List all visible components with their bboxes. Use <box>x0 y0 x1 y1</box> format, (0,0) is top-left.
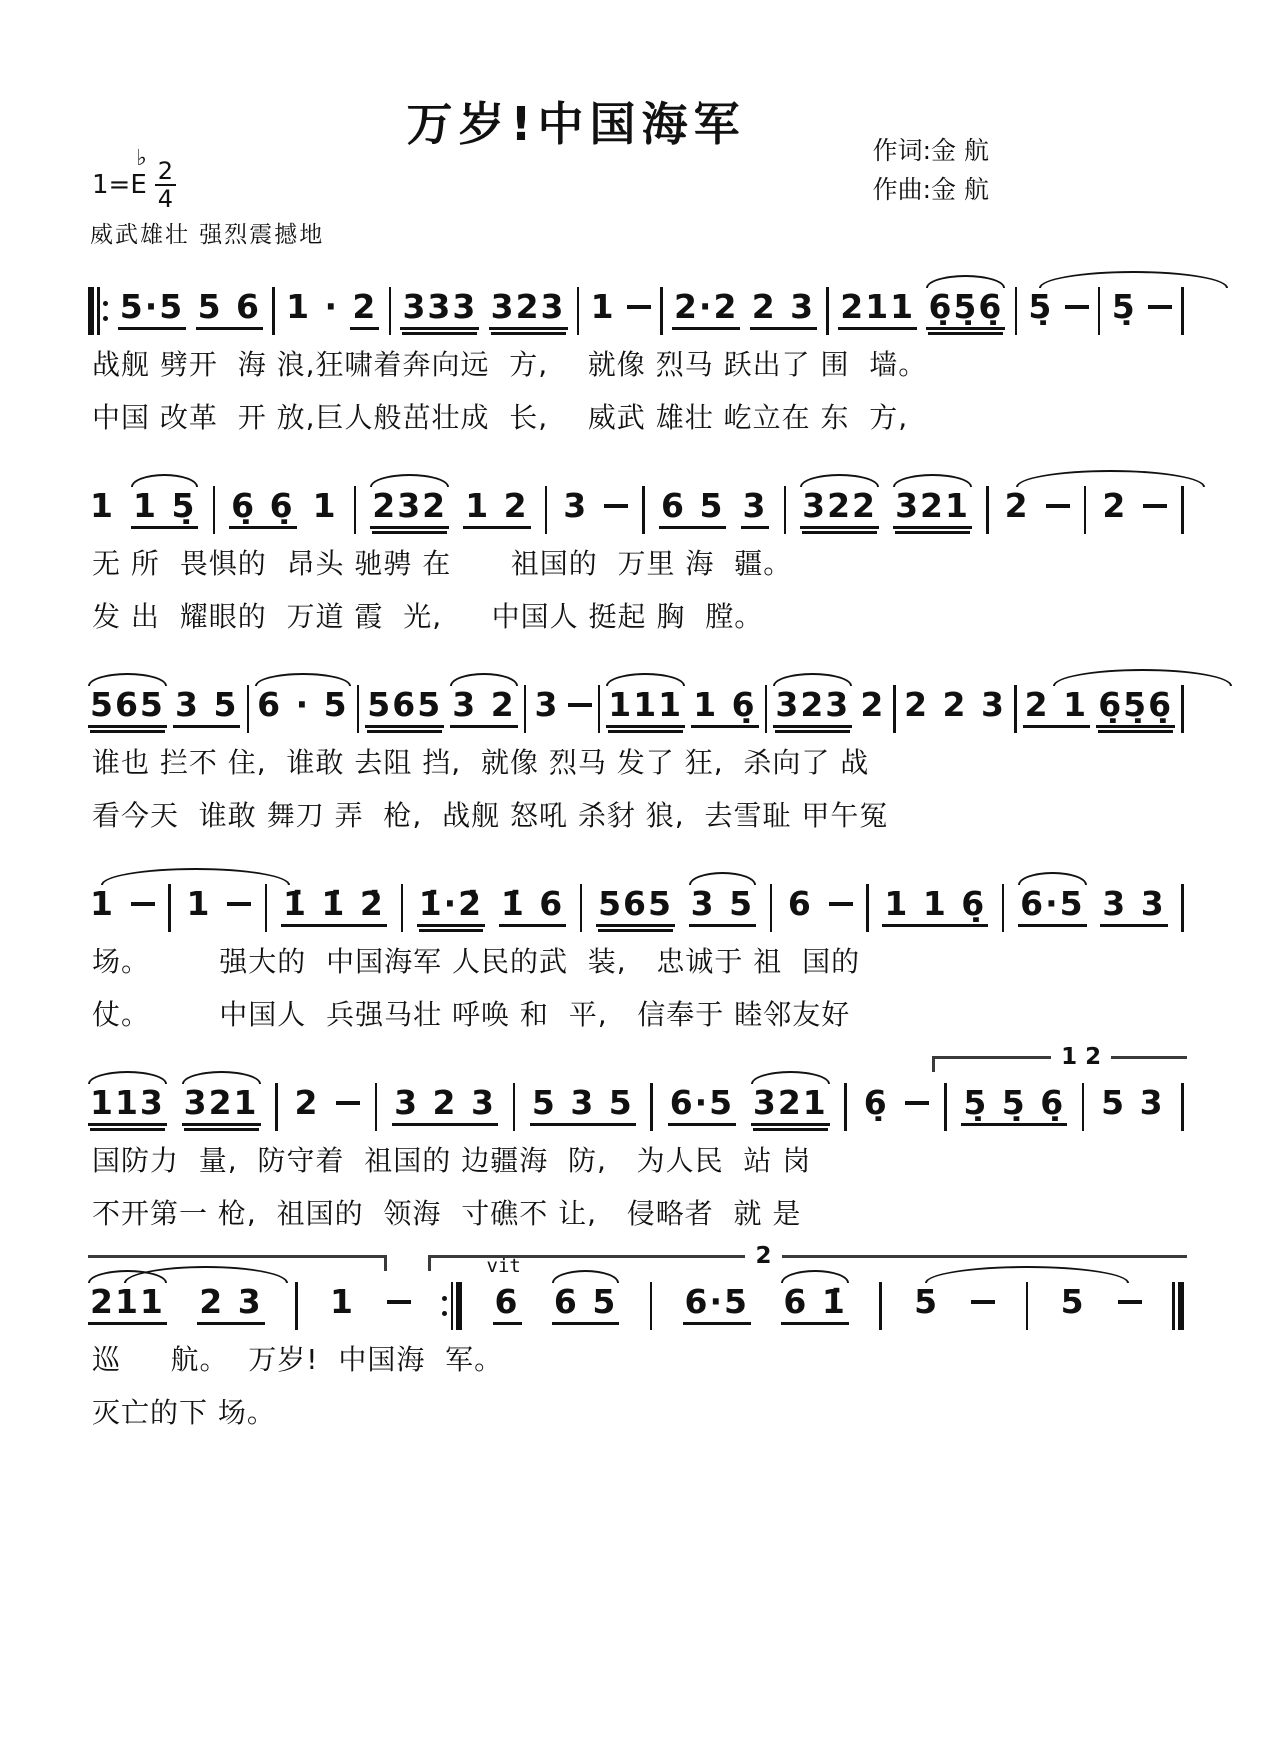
note-text: 5̣ <box>1112 287 1137 326</box>
note-text: 321 <box>895 486 970 525</box>
note-group: 323 <box>773 688 852 728</box>
note-text: 111 <box>608 685 683 724</box>
barline <box>893 685 896 733</box>
barline <box>1181 287 1184 335</box>
dash-extension <box>568 703 592 707</box>
note-text: 2 <box>294 1083 319 1122</box>
barline <box>650 1282 653 1330</box>
note-text: 6·5 <box>685 1282 749 1321</box>
barline <box>442 1282 463 1330</box>
note-group: 5 6 <box>196 290 263 330</box>
note-group: 3 <box>532 688 561 721</box>
barline <box>580 884 583 932</box>
barline <box>375 1083 378 1131</box>
note-group: 1 <box>328 1285 357 1318</box>
note-group: 3 3 <box>1100 887 1167 927</box>
note-text: 321 <box>753 1083 828 1122</box>
note-group: 3 5 <box>689 887 756 927</box>
note-text: 6̣5̣6̣ <box>928 287 1003 326</box>
lyric-line: 国防力 量, 防守着 祖国的 边疆海 防, 为人民 站 岗 <box>92 1134 1184 1187</box>
tempo-style-mark: 威武雄壮 强烈震撼地 <box>90 216 324 249</box>
note-group: 3 2 3 <box>392 1086 498 1126</box>
note-text: 1 5̣ <box>133 486 196 525</box>
note-group: 6·5 <box>683 1285 751 1325</box>
note-group: 1 <box>311 489 340 522</box>
note-group: 2 <box>292 1086 321 1119</box>
note-group: 2 2 3 <box>902 688 1008 721</box>
note-group: 2 3 <box>750 290 817 330</box>
note-group: 1 <box>184 887 213 920</box>
note-text: 5 <box>1061 1282 1086 1321</box>
note-row: 111̇ 1̇ 2̇1̇·2̇1̇ 65653 561 1 6̣6·53 3 <box>88 855 1184 935</box>
dash-extension <box>336 1101 360 1105</box>
time-denominator: 4 <box>158 186 173 212</box>
key-prefix: 1= <box>92 170 130 200</box>
note-group: 3 <box>741 489 770 529</box>
barline <box>1181 685 1184 733</box>
note-group: 6·5 <box>1018 887 1086 927</box>
note-group: 5 3 5 <box>530 1086 636 1126</box>
barline <box>577 287 580 335</box>
note-text: 211 <box>90 1282 165 1321</box>
note-group: 3 <box>561 489 590 522</box>
barline <box>401 884 404 932</box>
note-group: 1̇ 1̇ 2̇ <box>281 887 387 927</box>
note-group: 322 <box>800 489 879 529</box>
note-text: 2 <box>352 287 377 326</box>
barline <box>247 685 250 733</box>
system: 111̇ 1̇ 2̇1̇·2̇1̇ 65653 561 1 6̣6·53 3场。… <box>88 855 1184 1041</box>
note-group: 565 <box>88 688 167 728</box>
note-group: 1 5̣ <box>131 489 198 529</box>
note-text: 3 <box>743 486 768 525</box>
barline <box>598 685 601 733</box>
note-text: 565 <box>90 685 165 724</box>
note-text: 5̣ <box>1028 287 1053 326</box>
lyric-line: 看今天 谁敢 舞刀 弄 枪, 战舰 怒吼 杀豺 狼, 去雪耻 甲午冤 <box>92 789 1184 842</box>
tie-arc <box>1016 470 1205 487</box>
note-text: 6 <box>788 884 813 923</box>
note-group: 6 5 <box>552 1285 619 1325</box>
barline <box>513 1083 516 1131</box>
note-text: 322 <box>802 486 877 525</box>
lyric-line: 不开第一 枪, 祖国的 领海 寸礁不 让, 侵略者 就 是 <box>92 1187 1184 1240</box>
tie-arc <box>1039 271 1228 288</box>
note-text: 1̇·2̇ <box>419 884 483 923</box>
note-text: 5·5 <box>120 287 184 326</box>
note-text: 1 · <box>286 287 339 326</box>
barline <box>1015 287 1018 335</box>
key-note: ♭E <box>130 170 146 200</box>
note-group: 6 1̇ <box>781 1285 848 1325</box>
note-text: 2 3 <box>752 287 815 326</box>
barline <box>524 685 527 733</box>
note-text: 323 <box>775 685 850 724</box>
note-group: 211 <box>88 1285 167 1325</box>
note-text: 3 2 <box>452 685 515 724</box>
note-text: 565 <box>598 884 673 923</box>
note-group: 2 <box>1003 489 1032 522</box>
note-group: 323 <box>489 290 568 330</box>
dash-extension <box>1143 504 1167 508</box>
dash-extension <box>1065 305 1089 309</box>
dash-extension <box>1148 305 1172 309</box>
dash-extension <box>905 1101 929 1105</box>
barline <box>1082 1083 1085 1131</box>
note-text: 1 <box>591 287 616 326</box>
note-text: 2 1 <box>1025 685 1088 724</box>
note-text: 2 <box>860 685 885 724</box>
note-text: 2 2 3 <box>904 685 1006 724</box>
note-group: 3 2 <box>450 688 517 728</box>
note-text: 1 2 <box>465 486 528 525</box>
note-group: 2 <box>350 290 379 330</box>
note-text: 321 <box>184 1083 259 1122</box>
dash-extension <box>131 902 155 906</box>
note-text: 2 3 <box>199 1282 262 1321</box>
note-text: 6̣5̣6̣ <box>1098 685 1173 724</box>
note-group: 5 3 <box>1099 1086 1166 1119</box>
note-text: 6 5 <box>554 1282 617 1321</box>
note-text: 565 <box>367 685 442 724</box>
note-text: 1 <box>186 884 211 923</box>
note-group: 1 · <box>284 290 341 323</box>
barline <box>986 486 989 534</box>
composer-credit: 作曲:金 航 <box>873 171 989 210</box>
lyricist-credit: 作词:金 航 <box>873 132 989 171</box>
barline <box>784 486 787 534</box>
barline <box>1172 1282 1184 1330</box>
note-group: 5 <box>1059 1285 1088 1318</box>
flat-icon: ♭ <box>136 146 146 171</box>
note-group: 2 <box>858 688 887 721</box>
tie-arc <box>1053 669 1232 686</box>
system: 11 5̣6̣ 6̣12321 236 5332232122无 所 畏惧的 昂头… <box>88 457 1184 643</box>
note-text: 1̇ 1̇ 2̇ <box>283 884 385 923</box>
dash-extension <box>604 504 628 508</box>
sheet-music-page: 万岁!中国海军 作词:金 航 作曲:金 航 1=♭E 2 4 威武雄壮 强烈震撼… <box>0 0 1272 1439</box>
note-group: 5·5 <box>118 290 186 330</box>
note-group: 565 <box>365 688 444 728</box>
barline <box>1098 287 1101 335</box>
time-signature: 2 4 <box>155 158 176 213</box>
note-group: 565 <box>596 887 675 927</box>
note-text: 113 <box>90 1083 165 1122</box>
note-text: 211 <box>840 287 915 326</box>
note-text: 6̣ 6̣ <box>231 486 294 525</box>
barline <box>272 287 275 335</box>
note-text: 3 5 <box>175 685 238 724</box>
note-text: 6 · 5 <box>257 685 348 724</box>
note-group: 2 3 <box>197 1285 264 1325</box>
note-row: 11 5̣6̣ 6̣12321 236 5332232122 <box>88 457 1184 537</box>
note-group: 1 <box>88 887 117 920</box>
key-signature: 1=♭E 2 4 <box>92 158 176 213</box>
lyric-line: 巡 航。 万岁! 中国海 军。 <box>92 1333 1184 1386</box>
note-text: 232 <box>372 486 447 525</box>
note-group: 5 <box>912 1285 941 1318</box>
note-group: 6̣ 6̣ <box>229 489 296 529</box>
note-group: 321 <box>893 489 972 529</box>
note-text: 6̣ <box>864 1083 889 1122</box>
barline <box>944 1083 947 1131</box>
note-text: 6·5 <box>1020 884 1084 923</box>
note-text: 5 <box>914 1282 939 1321</box>
barline <box>765 685 768 733</box>
barline <box>213 486 216 534</box>
barline <box>1181 1083 1184 1131</box>
lyric-line: 中国 改革 开 放,巨人般茁壮成 长, 威武 雄壮 屹立在 东 方, <box>92 391 1184 444</box>
barline <box>1181 486 1184 534</box>
note-text: 5̣ 5̣ 6̣ <box>963 1083 1065 1122</box>
note-group: 1 6̣ <box>691 688 758 728</box>
note-group: 232 <box>370 489 449 529</box>
note-text: 1 1 6̣ <box>884 884 986 923</box>
note-text: 1 <box>90 884 115 923</box>
barline <box>1181 884 1184 932</box>
note-group: 1 1 6̣ <box>882 887 988 927</box>
barline <box>650 1083 653 1131</box>
dash-extension <box>387 1300 411 1304</box>
dash-extension <box>1046 504 1070 508</box>
note-text: 323 <box>491 287 566 326</box>
note-group: 111 <box>606 688 685 728</box>
barline <box>1014 685 1017 733</box>
note-group: 6 <box>786 887 815 920</box>
score: 5·55 61 ·233332312·22 32116̣5̣6̣5̣5̣战舰 劈… <box>88 258 1184 1439</box>
barline <box>879 1282 882 1330</box>
barline <box>826 287 829 335</box>
note-text: 6 5 <box>661 486 724 525</box>
note-row: 5653 56 · 55653 231111 6̣32322 2 32 16̣5… <box>88 656 1184 736</box>
note-text: 3 2 3 <box>394 1083 496 1122</box>
note-text: 2 <box>1102 486 1127 525</box>
note-text: 5 6 <box>198 287 261 326</box>
lyric-line: 仗。 中国人 兵强马壮 呼唤 和 平, 信奉于 睦邻友好 <box>92 988 1184 1041</box>
barline <box>642 486 645 534</box>
lyric-line: 谁也 拦不 住, 谁敢 去阻 挡, 就像 烈马 发了 狂, 杀向了 战 <box>92 736 1184 789</box>
barline <box>545 486 548 534</box>
note-text: 2 <box>1005 486 1030 525</box>
note-text: 1 <box>330 1282 355 1321</box>
note-group: 1 <box>589 290 618 323</box>
note-group: 6̣5̣6̣ <box>926 290 1005 330</box>
note-group: 2 <box>1100 489 1129 522</box>
note-group: 2 1 <box>1023 688 1090 728</box>
barline <box>275 1083 278 1131</box>
system: 5653 56 · 55653 231111 6̣32322 2 32 16̣5… <box>88 656 1184 842</box>
note-group: 321 <box>182 1086 261 1126</box>
dash-extension <box>627 305 651 309</box>
note-row: 5·55 61 ·233332312·22 32116̣5̣6̣5̣5̣ <box>88 258 1184 338</box>
lyric-line: 发 出 耀眼的 万道 霞 光, 中国人 挺起 胸 膛。 <box>92 590 1184 643</box>
system: 5·55 61 ·233332312·22 32116̣5̣6̣5̣5̣战舰 劈… <box>88 258 1184 444</box>
barline <box>389 287 392 335</box>
barline <box>1002 884 1005 932</box>
barline <box>770 884 773 932</box>
barline <box>866 884 869 932</box>
note-text: 3 <box>563 486 588 525</box>
barline <box>660 287 663 335</box>
volta-bracket: 1 2 <box>932 1056 1187 1072</box>
note-group: 1 2 <box>463 489 530 529</box>
note-text: 1 <box>313 486 338 525</box>
dash-extension <box>829 902 853 906</box>
note-text: 1̇ 6 <box>501 884 564 923</box>
note-text: 1 <box>90 486 115 525</box>
note-text: 6 <box>495 1282 520 1321</box>
score-header: 万岁!中国海军 作词:金 航 作曲:金 航 1=♭E 2 4 威武雄壮 强烈震撼… <box>88 88 1184 258</box>
note-group: 1̇·2̇ <box>417 887 485 927</box>
note-text: 6·5 <box>670 1083 734 1122</box>
dash-extension <box>971 1300 995 1304</box>
lyric-line: 场。 强大的 中国海军 人民的武 装, 忠诚于 祖 国的 <box>92 935 1184 988</box>
note-text: 3 5 <box>691 884 754 923</box>
note-group: 321 <box>751 1086 830 1126</box>
barline <box>88 287 109 335</box>
note-text: 3 3 <box>1102 884 1165 923</box>
note-group: 211 <box>838 290 917 330</box>
time-numerator: 2 <box>155 158 176 186</box>
note-group: 6 · 5 <box>255 688 350 721</box>
note-text: 5 3 5 <box>532 1083 634 1122</box>
note-group: 1̇ 6 <box>499 887 566 927</box>
system: 1 211332123 2 35 3 56·53216̣5̣ 5̣ 6̣5 3国… <box>88 1054 1184 1240</box>
note-group: 333 <box>400 290 479 330</box>
barline <box>844 1083 847 1131</box>
note-group: 2·2 <box>672 290 740 330</box>
note-group: 5̣ 5̣ 6̣ <box>961 1086 1067 1126</box>
note-text: 1 6̣ <box>693 685 756 724</box>
lyric-line: 战舰 劈开 海 浪,狂啸着奔向远 方, 就像 烈马 跃出了 围 墙。 <box>92 338 1184 391</box>
credits: 作词:金 航 作曲:金 航 <box>873 132 989 210</box>
dash-extension <box>227 902 251 906</box>
tie-arc <box>101 868 290 885</box>
dash-extension <box>1118 1300 1142 1304</box>
note-group: 5̣ <box>1026 290 1055 323</box>
barline <box>354 486 357 534</box>
tempo-mark: vit <box>487 1255 521 1277</box>
barline <box>295 1282 298 1330</box>
note-text: 3 <box>534 685 559 724</box>
barline <box>357 685 360 733</box>
note-group: 5̣ <box>1110 290 1139 323</box>
system: 22112 316vit6 56·56 1̇55巡 航。 万岁! 中国海 军。灭… <box>88 1253 1184 1439</box>
note-group: 6vit <box>493 1285 522 1325</box>
barline <box>1084 486 1087 534</box>
barline <box>1026 1282 1029 1330</box>
note-text: 2·2 <box>674 287 738 326</box>
lyric-line: 灭亡的下 场。 <box>92 1386 1184 1439</box>
barline <box>168 884 171 932</box>
note-text: 333 <box>402 287 477 326</box>
note-group: 6·5 <box>668 1086 736 1126</box>
note-group: 6̣ <box>862 1086 891 1119</box>
volta-label: 1 2 <box>1051 1044 1111 1072</box>
note-group: 6̣5̣6̣ <box>1096 688 1175 728</box>
note-group: 6 5 <box>659 489 726 529</box>
note-text: 5 3 <box>1101 1083 1164 1122</box>
lyric-line: 无 所 畏惧的 昂头 驰骋 在 祖国的 万里 海 疆。 <box>92 537 1184 590</box>
note-group: 1 <box>88 489 117 522</box>
volta-label: 2 <box>745 1243 781 1271</box>
barline <box>265 884 268 932</box>
note-group: 113 <box>88 1086 167 1126</box>
note-text: 6 1̇ <box>783 1282 846 1321</box>
note-group: 3 5 <box>173 688 240 728</box>
